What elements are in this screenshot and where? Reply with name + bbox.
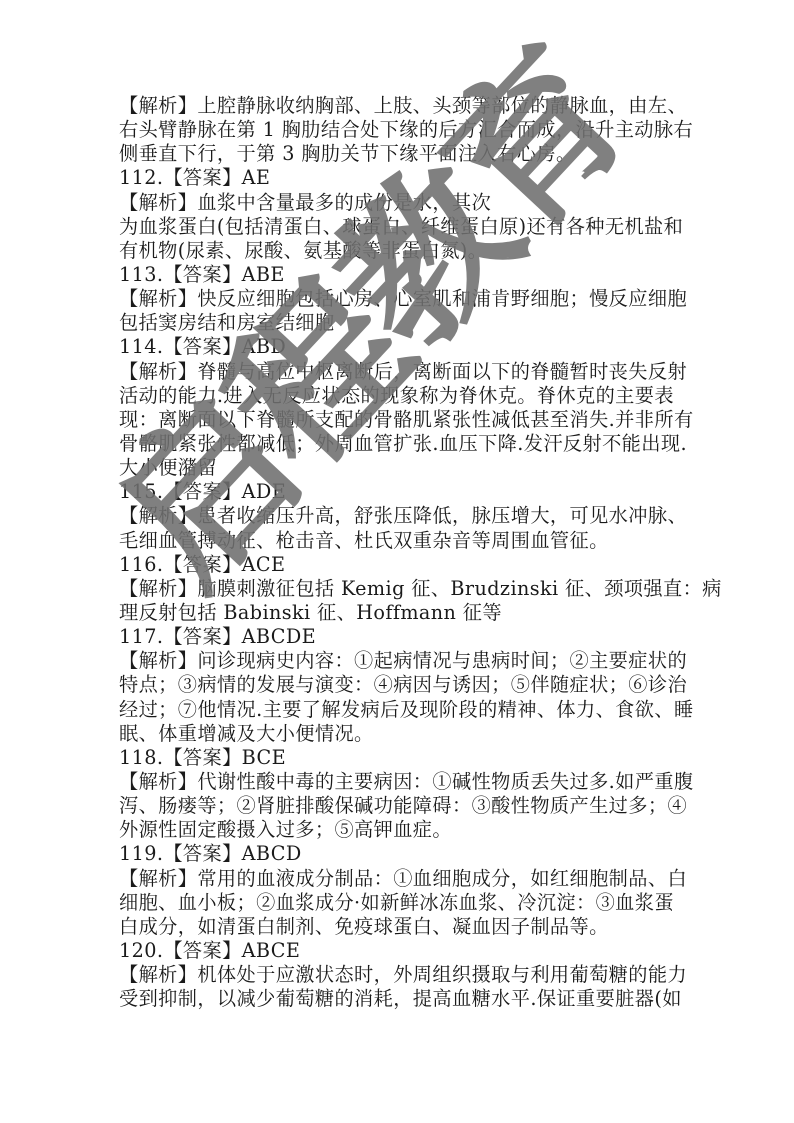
text-line: 【解析】血浆中含量最多的成份是水，其次: [119, 191, 667, 215]
text-line: 【解析】问诊现病史内容：①起病情况与患病时间；②主要症状的: [119, 649, 667, 673]
text-line: 毛细血管搏动征、枪击音、杜氏双重杂音等周围血管征。: [119, 529, 667, 553]
text-line: 外源性固定酸摄入过多；⑤高钾血症。: [119, 818, 667, 842]
answer-heading-112: 112.【答案】AE: [119, 166, 667, 190]
text-line: 【解析】常用的血液成分制品：①血细胞成分，如红细胞制品、白: [119, 867, 667, 891]
text-line: 【解析】脑膜刺激征包括 Kemig 征、Brudzinski 征、颈项强直：病: [119, 577, 667, 601]
text-line: 受到抑制，以减少葡萄糖的消耗，提高血糖水平.保证重要脏器(如: [119, 987, 667, 1011]
text-line: 眠、体重增减及大小便情况。: [119, 722, 667, 746]
text-line: 理反射包括 Babinski 征、Hoffmann 征等: [119, 601, 667, 625]
answer-heading-120: 120.【答案】ABCE: [119, 939, 667, 963]
text-line: 【解析】快反应细胞包括心房、心室肌和浦肯野细胞；慢反应细胞: [119, 287, 667, 311]
text-line: 泻、肠瘘等；②肾脏排酸保碱功能障碍：③酸性物质产生过多；④: [119, 794, 667, 818]
text-line: 特点；③病情的发展与演变：④病因与诱因；⑤伴随症状；⑥诊治: [119, 673, 667, 697]
answer-heading-119: 119.【答案】ABCD: [119, 842, 667, 866]
answer-heading-113: 113.【答案】ABE: [119, 263, 667, 287]
text-line: 【解析】患者收缩压升高，舒张压降低，脉压增大，可见水冲脉、: [119, 504, 667, 528]
text-line: 骨骼肌紧张性都减低；外周血管扩张.血压下降.发汗反射不能出现.: [119, 432, 667, 456]
text-line: 侧垂直下行，于第 3 胸肋关节下缘平面注入右心房。: [119, 142, 667, 166]
document-page: 【解析】上腔静脉收纳胸部、上肢、头颈等部位的静脉血，由左、 右头臂静脉在第 1 …: [0, 0, 794, 1123]
answer-heading-114: 114.【答案】ABD: [119, 335, 667, 359]
answer-heading-115: 115.【答案】ADE: [119, 480, 667, 504]
text-line: 经过；⑦他情况.主要了解发病后及现阶段的精神、体力、食欲、睡: [119, 698, 667, 722]
text-line: 【解析】代谢性酸中毒的主要病因：①碱性物质丢失过多.如严重腹: [119, 770, 667, 794]
answer-heading-117: 117.【答案】ABCDE: [119, 625, 667, 649]
text-line: 细胞、血小板；②血浆成分·如新鲜冰冻血浆、冷沉淀：③血浆蛋: [119, 891, 667, 915]
text-line: 活动的能力.进入无反应状态的现象称为脊休克。脊休克的主要表: [119, 384, 667, 408]
text-line: 现：离断面以下脊髓所支配的骨骼肌紧张性减低甚至消失.并非所有: [119, 408, 667, 432]
text-line: 【解析】上腔静脉收纳胸部、上肢、头颈等部位的静脉血，由左、: [119, 94, 667, 118]
text-line: 白成分，如清蛋白制剂、免疫球蛋白、凝血因子制品等。: [119, 915, 667, 939]
answer-explanations: 【解析】上腔静脉收纳胸部、上肢、头颈等部位的静脉血，由左、 右头臂静脉在第 1 …: [119, 94, 667, 1011]
text-line: 【解析】机体处于应激状态时，外周组织摄取与利用葡萄糖的能力: [119, 963, 667, 987]
text-line: 包括窦房结和房室结细胞: [119, 311, 667, 335]
answer-heading-118: 118.【答案】BCE: [119, 746, 667, 770]
text-line: 右头臂静脉在第 1 胸肋结合处下缘的后方汇合而成，沿升主动脉右: [119, 118, 667, 142]
text-line: 大小便潴留: [119, 456, 667, 480]
answer-heading-116: 116.【答案】ACE: [119, 553, 667, 577]
text-line: 有机物(尿素、尿酸、氨基酸等非蛋白氮)。: [119, 239, 667, 263]
text-line: 【解析】脊髓与高位中枢离断后，离断面以下的脊髓暂时丧失反射: [119, 360, 667, 384]
text-line: 为血浆蛋白(包括清蛋白、球蛋白、纤维蛋白原)还有各种无机盐和: [119, 215, 667, 239]
